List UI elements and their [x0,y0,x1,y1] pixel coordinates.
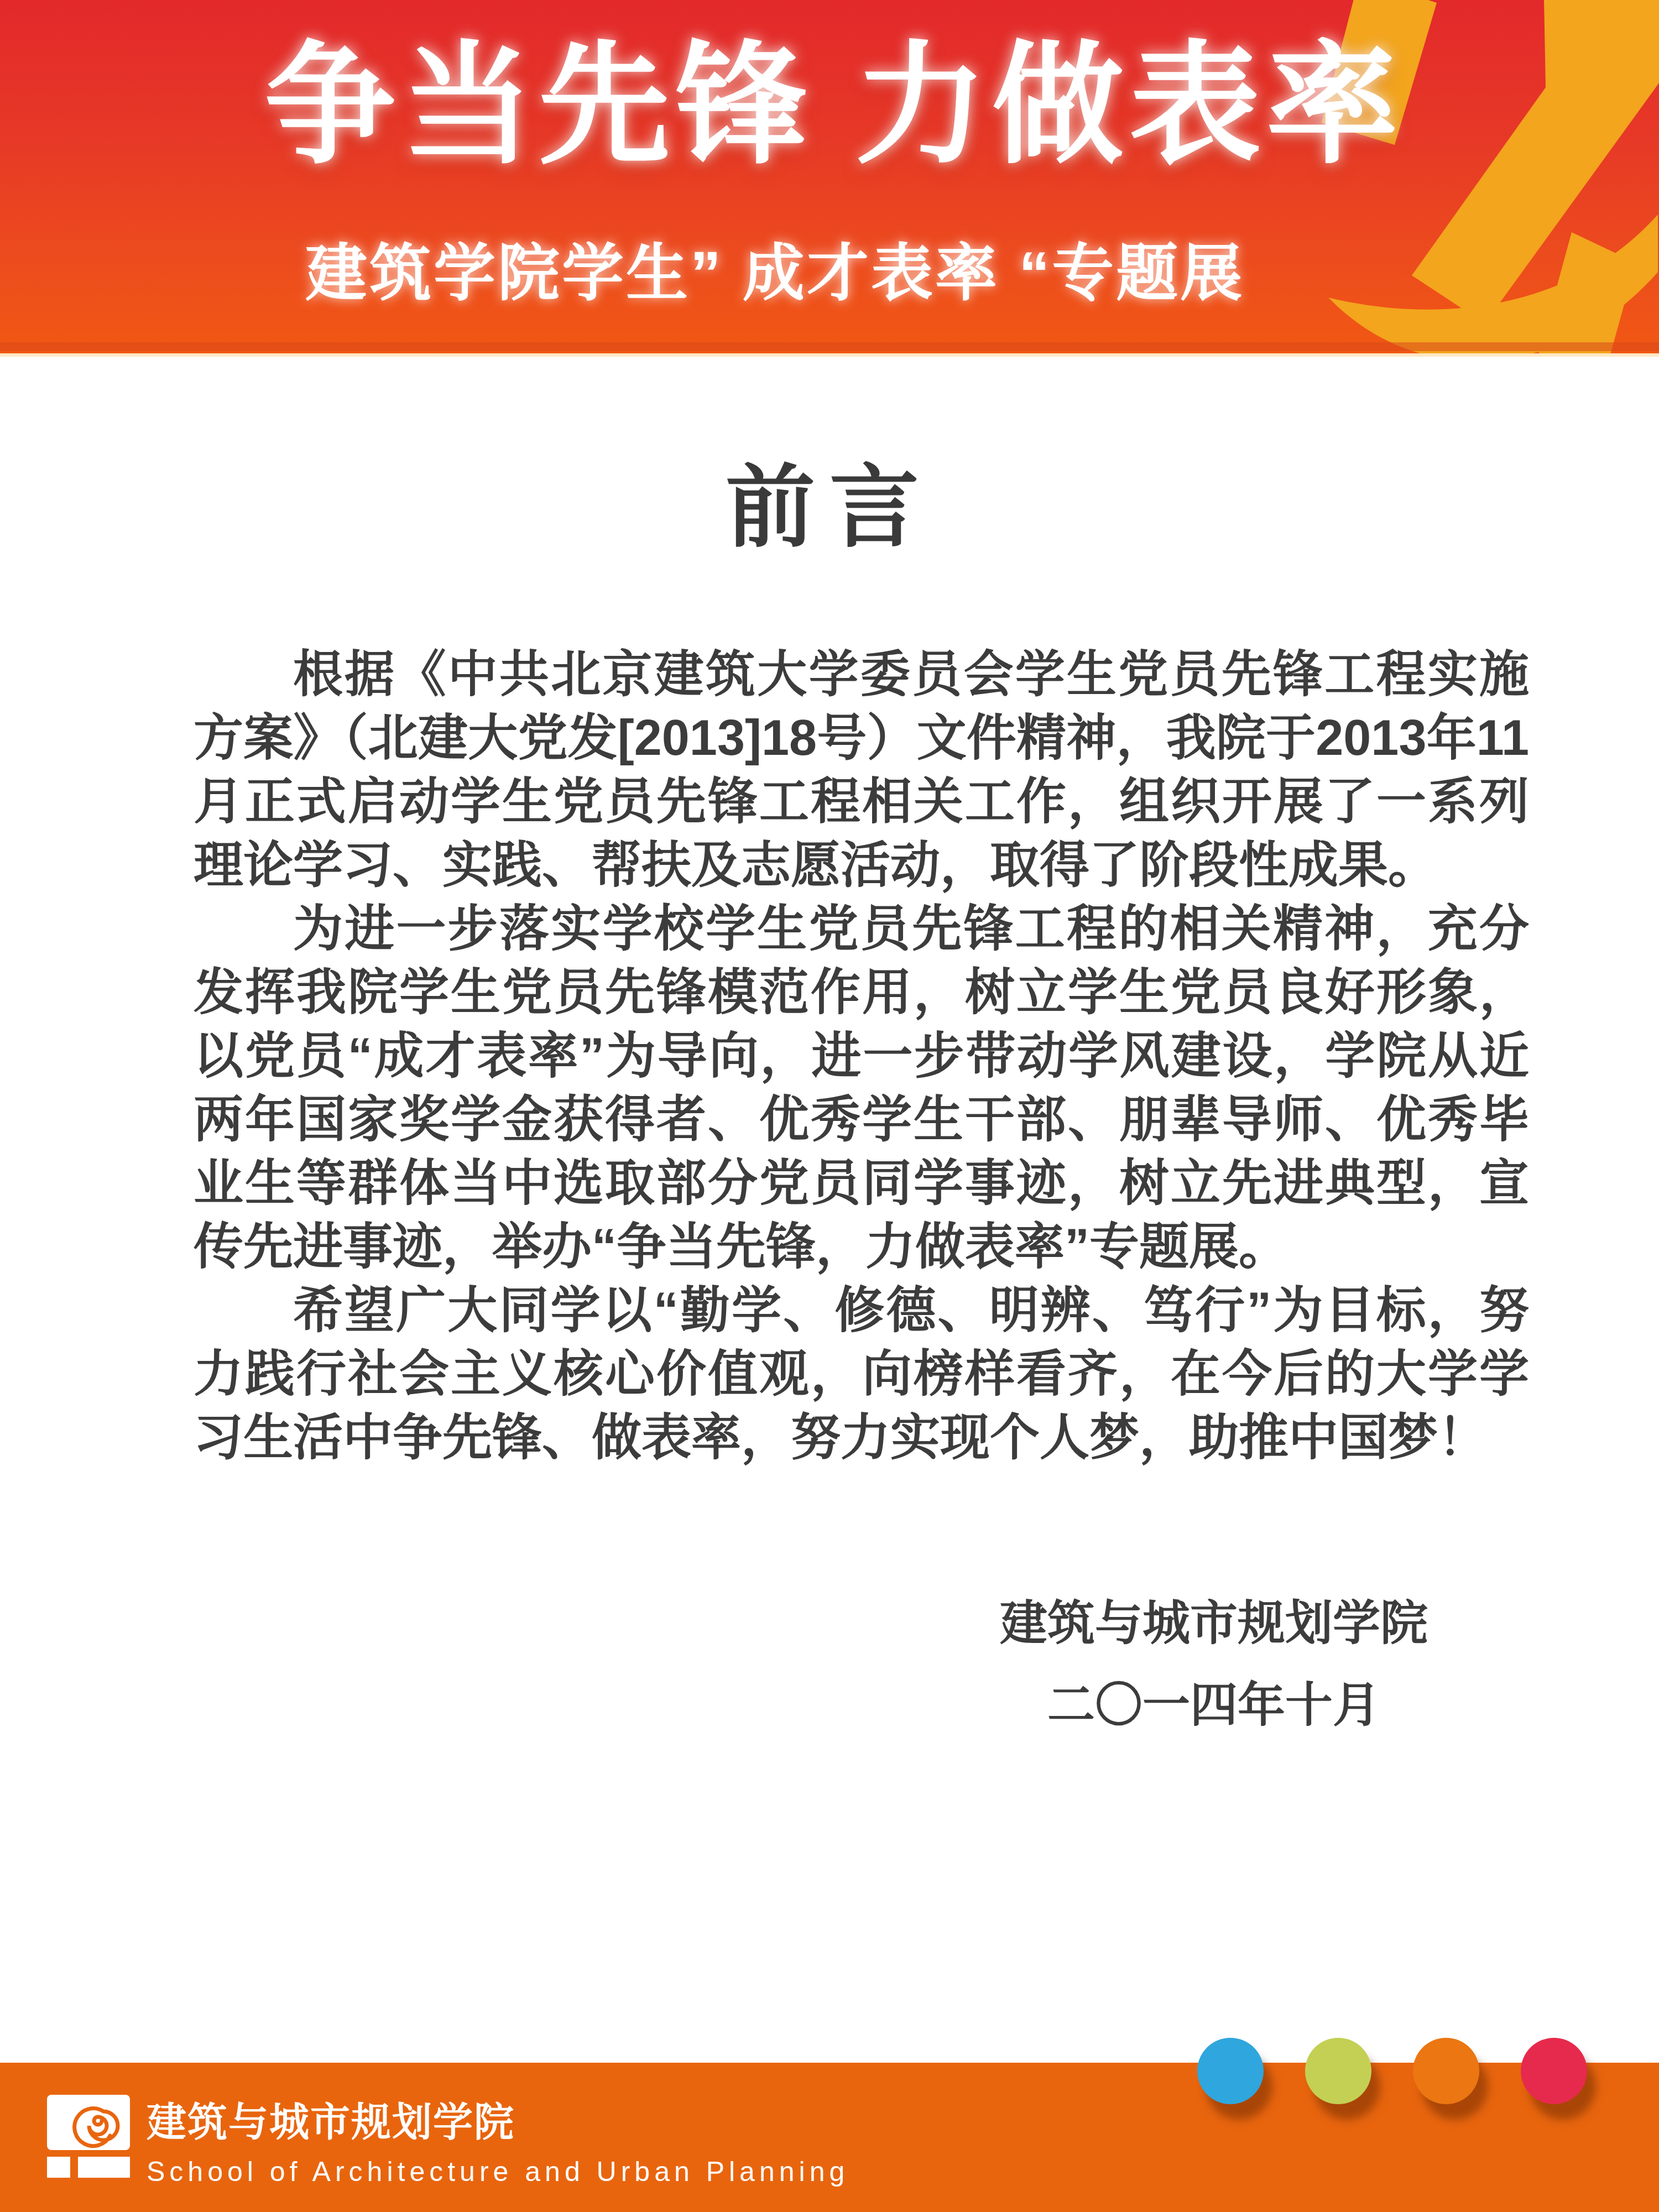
green-dot [1305,2038,1371,2104]
orange-dot [1413,2038,1479,2104]
preface-paragraph-2: 为进一步落实学校学生党员先锋工程的相关精神，充分发挥我院学生党员先锋模范作用，树… [194,898,1529,1279]
signature-block: 建筑与城市规划学院 二〇一四年十月 [1000,1583,1428,1746]
footer-school-name-cn: 建筑与城市规划学院 [147,2103,515,2142]
poster-title: 争当先锋 力做表率 [264,40,1404,171]
preface-paragraph-1: 根据《中共北京建筑大学委员会学生党员先锋工程实施方案》（北建大党发[2013]1… [194,643,1529,898]
blue-dot [1197,2038,1264,2104]
signature-date: 二〇一四年十月 [1000,1665,1428,1746]
poster-subtitle: 建筑学院学生” 成才表率 “专题展 [305,233,1244,314]
preface-text: 根据《中共北京建筑大学委员会学生党员先锋工程实施方案》（北建大党发[2013]1… [194,643,1529,1470]
signature-org: 建筑与城市规划学院 [1000,1583,1428,1665]
color-dots-row [1197,2038,1587,2104]
preface-paragraph-3: 希望广大同学以“勤学、修德、明辨、笃行”为目标，努力践行社会主义核心价值观，向榜… [194,1279,1529,1470]
preface-title: 前言 [0,463,1659,553]
poster-header: 争当先锋 力做表率 建筑学院学生” 成才表率 “专题展 [0,0,1659,357]
poster: 争当先锋 力做表率 建筑学院学生” 成才表率 “专题展 前言 根据《中共北京建筑… [0,0,1659,2212]
red-dot [1521,2038,1587,2104]
school-logo-icon [47,2095,130,2179]
header-bottom-strip [0,342,1659,351]
footer-school-name-en: School of Architecture and Urban Plannin… [147,2158,849,2185]
